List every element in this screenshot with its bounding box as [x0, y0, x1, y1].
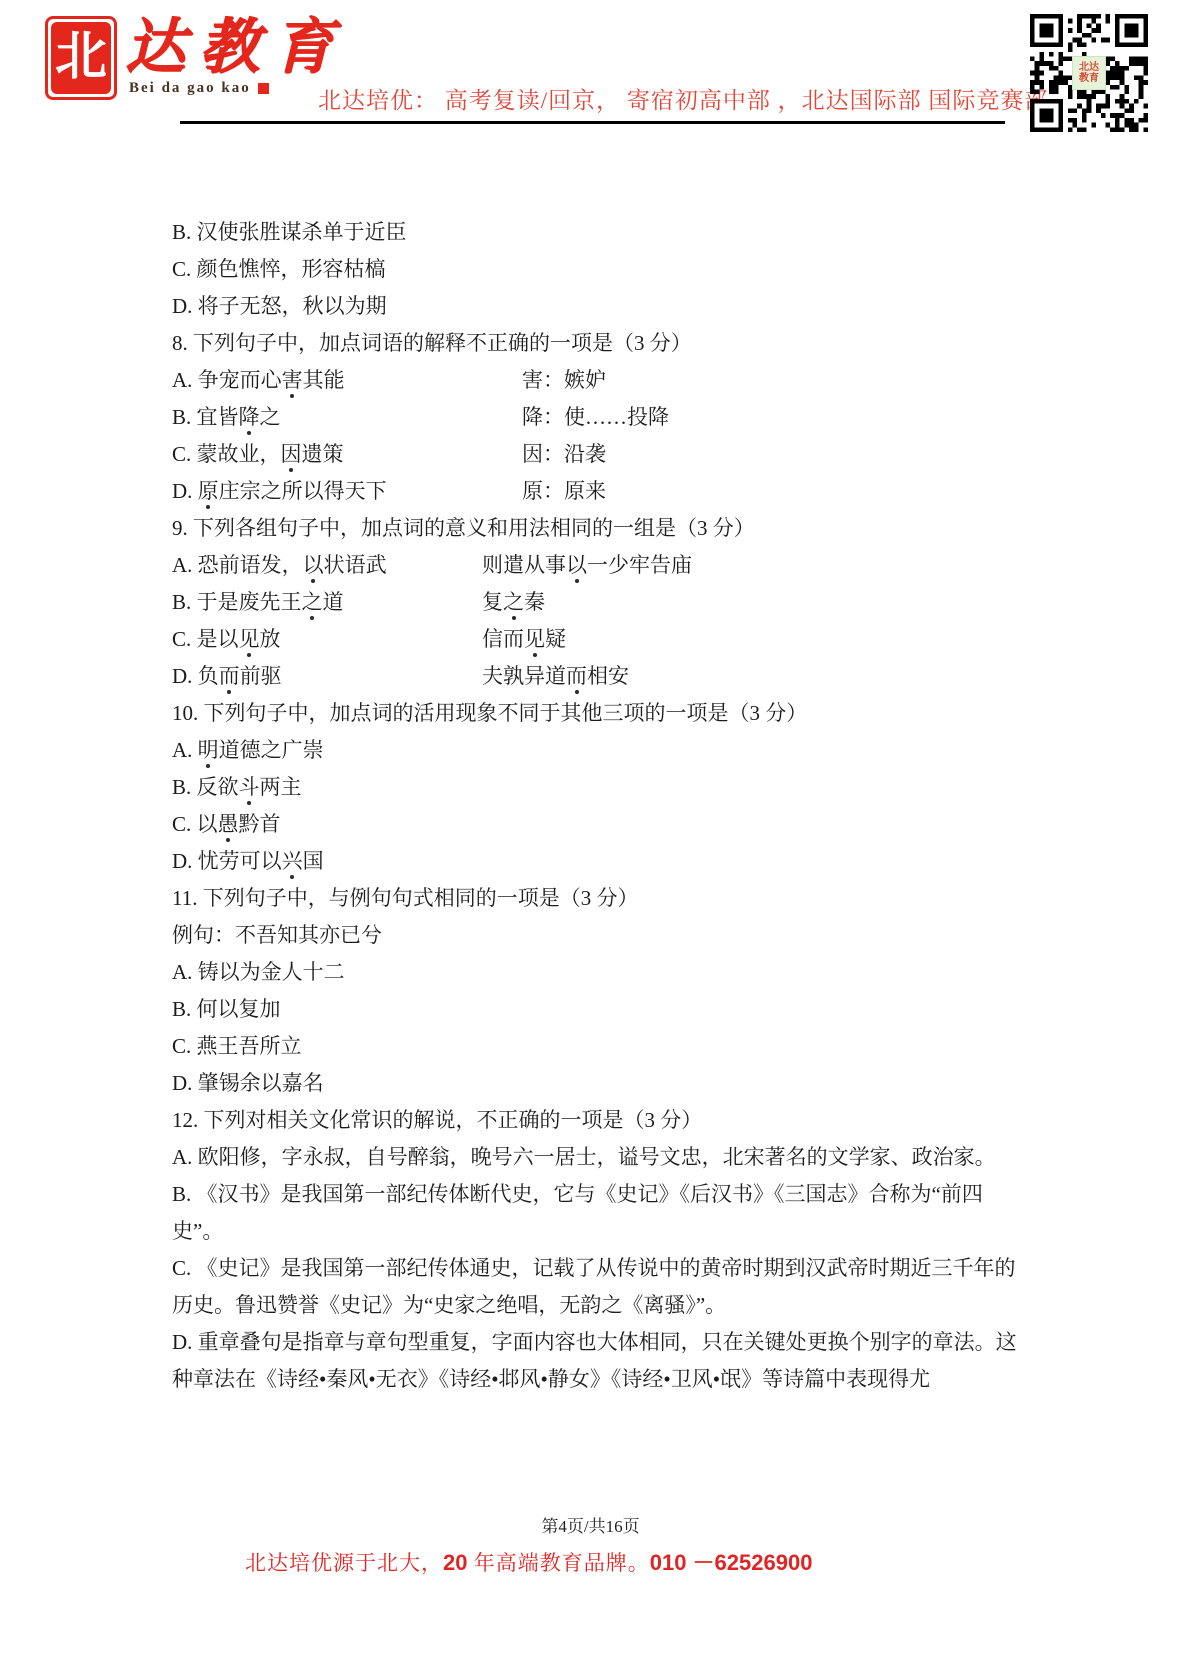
- emphasized-char: 而: [219, 660, 240, 690]
- column-1: C. 是以见放: [172, 623, 482, 653]
- line-text: B. 汉使张胜谋杀单于近臣: [172, 216, 407, 246]
- emphasized-char: 而: [566, 660, 587, 690]
- column-1: D. 负而前驱: [172, 660, 482, 690]
- text-line: C. 颜色憔悴，形容枯槁: [172, 249, 1017, 286]
- text-line: 9. 下列各组句子中，加点词的意义和用法相同的一组是（3 分）: [172, 508, 1017, 545]
- text-segment: C. 颜色憔悴，形容枯槁: [172, 257, 386, 281]
- beida-logo: 北 达教育 Bei da gao kao: [45, 16, 347, 100]
- line-text: A. 铸以为金人十二: [172, 956, 345, 986]
- emphasized-char: 害: [282, 364, 303, 394]
- seal-character: 北: [55, 32, 107, 84]
- text-line: D. 重章叠句是指章与章句型重复，字面内容也大体相同，只在关键处更换个别字的章法…: [172, 1322, 1017, 1359]
- text-segment: C. 《史记》是我国第一部纪传体通史，记载了从传说中的黄帝时期到汉武帝时期近三千…: [172, 1256, 1016, 1280]
- text-segment: 因：沿袭: [522, 442, 606, 466]
- qr-code: 北达 教育: [1030, 14, 1148, 132]
- line-text: 例句：不吾知其亦已兮: [172, 919, 382, 949]
- text-line: B. 何以复加: [172, 989, 1017, 1026]
- text-segment: 道: [323, 590, 344, 614]
- text-segment: B. 汉使张胜谋杀单于近臣: [172, 220, 407, 244]
- text-segment: 11. 下列句子中，与例句句式相同的一项是（3 分）: [172, 886, 638, 910]
- emphasized-char: 愚: [218, 808, 239, 838]
- column-2: 因：沿袭: [522, 438, 606, 468]
- column-2: 夫孰异道而相安: [482, 660, 629, 690]
- footer-slogan: 北达培优源于北大，20 年高端教育品牌。010 －62526900: [245, 1546, 812, 1577]
- text-segment: C. 蒙故业，: [172, 442, 281, 466]
- slogan-part-2: 年高端教育品牌。: [467, 1551, 649, 1575]
- line-text: C. 《史记》是我国第一部纪传体通史，记载了从传说中的黄帝时期到汉武帝时期近三千…: [172, 1252, 1016, 1282]
- line-text: D. 将子无怒，秋以为期: [172, 290, 387, 320]
- brand-pinyin: Bei da gao kao: [129, 80, 347, 97]
- text-segment: 疑: [545, 627, 566, 651]
- text-segment: A. 恐前语发，: [172, 553, 303, 577]
- text-segment: A. 欧阳修，字永叔，自号醉翁，晚号六一居士，谥号文忠，北宋著名的文学家、政治家…: [172, 1145, 996, 1169]
- text-line: 8. 下列句子中，加点词语的解释不正确的一项是（3 分）: [172, 323, 1017, 360]
- text-line: C. 蒙故业，因遗策因：沿袭: [172, 434, 1017, 471]
- text-segment: A. 铸以为金人十二: [172, 960, 345, 984]
- logo-text-block: 达教育 Bei da gao kao: [125, 16, 347, 97]
- text-line: 10. 下列句子中，加点词的活用现象不同于其他三项的一项是（3 分）: [172, 693, 1017, 730]
- text-segment: A. 争宠而心: [172, 368, 282, 392]
- exam-page: 北 达教育 Bei da gao kao 北达培优： 高考复读/回京， 寄宿初高…: [0, 0, 1181, 1672]
- emphasized-char: 以: [566, 549, 587, 579]
- text-line: 历史。鲁迅赞誉《史记》为“史家之绝唱，无韵之《离骚》”。: [172, 1285, 1017, 1322]
- text-line: B. 汉使张胜谋杀单于近臣: [172, 212, 1017, 249]
- emphasized-char: 明: [198, 734, 219, 764]
- text-segment: 状语武: [324, 553, 387, 577]
- text-segment: 放: [260, 627, 281, 651]
- text-line: B. 《汉书》是我国第一部纪传体断代史，它与《史记》《后汉书》《三国志》合称为“…: [172, 1174, 1017, 1211]
- text-segment: 史”。: [172, 1219, 223, 1243]
- text-segment: 原：原来: [522, 479, 606, 503]
- text-segment: C. 燕王吾所立: [172, 1034, 302, 1058]
- text-line: C. 燕王吾所立: [172, 1026, 1017, 1063]
- text-segment: B. 于是废先王: [172, 590, 302, 614]
- text-line: 12. 下列对相关文化常识的解说，不正确的一项是（3 分）: [172, 1100, 1017, 1137]
- brand-calligraphy: 达教育: [125, 16, 347, 78]
- text-line: 种章法在《诗经•秦风•无衣》《诗经•邶风•静女》《诗经•卫风•氓》等诗篇中表现得…: [172, 1359, 1017, 1396]
- line-text: 12. 下列对相关文化常识的解说，不正确的一项是（3 分）: [172, 1104, 702, 1134]
- text-segment: D. 将子无怒，秋以为期: [172, 294, 387, 318]
- text-line: A. 欧阳修，字永叔，自号醉翁，晚号六一居士，谥号文忠，北宋著名的文学家、政治家…: [172, 1137, 1017, 1174]
- text-segment: C. 以: [172, 812, 218, 836]
- text-segment: 种章法在《诗经•秦风•无衣》《诗经•邶风•静女》《诗经•卫风•氓》等诗篇中表现得…: [172, 1367, 930, 1391]
- line-text: C. 颜色憔悴，形容枯槁: [172, 253, 386, 283]
- text-line: B. 宜皆降之降：使……投降: [172, 397, 1017, 434]
- text-segment: 则遣从事: [482, 553, 566, 577]
- text-line: C. 《史记》是我国第一部纪传体通史，记载了从传说中的黄帝时期到汉武帝时期近三千…: [172, 1248, 1017, 1285]
- slogan-years: 20: [443, 1550, 467, 1575]
- column-2: 降：使……投降: [522, 401, 669, 431]
- text-segment: 降：使……投降: [522, 405, 669, 429]
- emphasized-char: 斗: [239, 771, 260, 801]
- exam-body: B. 汉使张胜谋杀单于近臣C. 颜色憔悴，形容枯槁D. 将子无怒，秋以为期8. …: [172, 212, 1017, 1396]
- column-1: C. 蒙故业，因遗策: [172, 438, 522, 468]
- text-segment: 例句：不吾知其亦已兮: [172, 923, 382, 947]
- column-1: A. 争宠而心害其能: [172, 364, 522, 394]
- text-segment: B. 宜皆: [172, 405, 239, 429]
- text-segment: 遗策: [302, 442, 344, 466]
- line-text: A. 明道德之广崇: [172, 734, 324, 764]
- text-line: C. 是以见放信而见疑: [172, 619, 1017, 656]
- text-segment: A.: [172, 738, 198, 762]
- slogan-part-1: 北达培优源于北大，: [245, 1551, 443, 1575]
- text-line: D. 将子无怒，秋以为期: [172, 286, 1017, 323]
- text-line: C. 以愚黔首: [172, 804, 1017, 841]
- text-line: D. 忧劳可以兴国: [172, 841, 1017, 878]
- emphasized-char: 因: [281, 438, 302, 468]
- emphasized-char: 见: [239, 623, 260, 653]
- emphasized-char: 以: [303, 549, 324, 579]
- line-text: 种章法在《诗经•秦风•无衣》《诗经•邶风•静女》《诗经•卫风•氓》等诗篇中表现得…: [172, 1363, 930, 1393]
- text-line: A. 恐前语发，以状语武则遣从事以一少牢告庙: [172, 545, 1017, 582]
- text-segment: 夫孰异道: [482, 664, 566, 688]
- text-segment: 一少牢告庙: [587, 553, 692, 577]
- emphasized-char: 降: [239, 401, 260, 431]
- text-segment: 10. 下列句子中，加点词的活用现象不同于其他三项的一项是（3 分）: [172, 701, 807, 725]
- text-segment: D. 重章叠句是指章与章句型重复，字面内容也大体相同，只在关键处更换个别字的章法…: [172, 1330, 1017, 1354]
- text-segment: 国: [303, 849, 324, 873]
- text-segment: 前驱: [240, 664, 282, 688]
- line-text: 8. 下列句子中，加点词语的解释不正确的一项是（3 分）: [172, 327, 692, 357]
- text-segment: B. 反欲: [172, 775, 239, 799]
- column-1: A. 恐前语发，以状语武: [172, 549, 482, 579]
- text-line: 11. 下列句子中，与例句句式相同的一项是（3 分）: [172, 878, 1017, 915]
- text-segment: B. 《汉书》是我国第一部纪传体断代史，它与《史记》《后汉书》《三国志》合称为“…: [172, 1182, 983, 1206]
- text-segment: 庄宗之所以得天下: [219, 479, 387, 503]
- text-segment: C. 是以: [172, 627, 239, 651]
- line-text: 10. 下列句子中，加点词的活用现象不同于其他三项的一项是（3 分）: [172, 697, 807, 727]
- text-segment: 相安: [587, 664, 629, 688]
- qr-center-label: 北达 教育: [1072, 56, 1106, 90]
- line-text: 历史。鲁迅赞誉《史记》为“史家之绝唱，无韵之《离骚》”。: [172, 1289, 726, 1319]
- column-2: 复之秦: [482, 586, 545, 616]
- line-text: B. 《汉书》是我国第一部纪传体断代史，它与《史记》《后汉书》《三国志》合称为“…: [172, 1178, 983, 1208]
- text-segment: 复: [482, 590, 503, 614]
- emphasized-char: 之: [302, 586, 323, 616]
- text-segment: B. 何以复加: [172, 997, 281, 1021]
- text-line: 例句：不吾知其亦已兮: [172, 915, 1017, 952]
- emphasized-char: 之: [503, 586, 524, 616]
- emphasized-char: 兴: [282, 845, 303, 875]
- text-line: A. 铸以为金人十二: [172, 952, 1017, 989]
- text-line: D. 原庄宗之所以得天下原：原来: [172, 471, 1017, 508]
- text-segment: D. 肇锡余以嘉名: [172, 1071, 324, 1095]
- line-text: D. 肇锡余以嘉名: [172, 1067, 324, 1097]
- text-segment: 之: [260, 405, 281, 429]
- text-line: B. 反欲斗两主: [172, 767, 1017, 804]
- line-text: 11. 下列句子中，与例句句式相同的一项是（3 分）: [172, 882, 638, 912]
- line-text: C. 燕王吾所立: [172, 1030, 302, 1060]
- emphasized-char: 原: [198, 475, 219, 505]
- text-segment: 黔首: [239, 812, 281, 836]
- text-line: 史”。: [172, 1211, 1017, 1248]
- red-square-icon: [258, 83, 269, 94]
- text-line: A. 争宠而心害其能害：嫉妒: [172, 360, 1017, 397]
- line-text: 史”。: [172, 1215, 223, 1245]
- header-rule: [180, 121, 1005, 124]
- slogan-phone: 010 －62526900: [650, 1550, 813, 1575]
- line-text: 9. 下列各组句子中，加点词的意义和用法相同的一组是（3 分）: [172, 512, 755, 542]
- line-text: B. 反欲斗两主: [172, 771, 302, 801]
- line-text: D. 重章叠句是指章与章句型重复，字面内容也大体相同，只在关键处更换个别字的章法…: [172, 1326, 1017, 1356]
- column-1: B. 宜皆降之: [172, 401, 522, 431]
- line-text: B. 何以复加: [172, 993, 281, 1023]
- text-line: B. 于是废先王之道复之秦: [172, 582, 1017, 619]
- seal-inner: 北: [51, 22, 111, 94]
- qr-center-line2: 教育: [1079, 73, 1099, 84]
- text-segment: 9. 下列各组句子中，加点词的意义和用法相同的一组是（3 分）: [172, 516, 755, 540]
- line-text: C. 以愚黔首: [172, 808, 281, 838]
- column-2: 则遣从事以一少牢告庙: [482, 549, 692, 579]
- brand-pinyin-text: Bei da gao kao: [129, 80, 251, 97]
- text-segment: 8. 下列句子中，加点词语的解释不正确的一项是（3 分）: [172, 331, 692, 355]
- text-segment: 12. 下列对相关文化常识的解说，不正确的一项是（3 分）: [172, 1108, 702, 1132]
- beida-seal-icon: 北: [45, 16, 117, 100]
- text-segment: 两主: [260, 775, 302, 799]
- line-text: A. 欧阳修，字永叔，自号醉翁，晚号六一居士，谥号文忠，北宋著名的文学家、政治家…: [172, 1141, 996, 1171]
- text-segment: 害：嫉妒: [522, 368, 606, 392]
- text-segment: 秦: [524, 590, 545, 614]
- text-segment: 其能: [303, 368, 345, 392]
- column-1: B. 于是废先王之道: [172, 586, 482, 616]
- column-2: 原：原来: [522, 475, 606, 505]
- column-2: 信而见疑: [482, 623, 566, 653]
- text-segment: D.: [172, 479, 198, 503]
- page-number: 第4页/共16页: [0, 1512, 1181, 1537]
- text-segment: 信而: [482, 627, 524, 651]
- line-text: D. 忧劳可以兴国: [172, 845, 324, 875]
- header-tagline: 北达培优： 高考复读/回京， 寄宿初高中部 ，北达国际部 国际竞赛部: [318, 82, 938, 115]
- text-line: D. 负而前驱夫孰异道而相安: [172, 656, 1017, 693]
- qr-center-line1: 北达: [1079, 62, 1099, 73]
- text-segment: 历史。鲁迅赞誉《史记》为“史家之绝唱，无韵之《离骚》”。: [172, 1293, 726, 1317]
- text-line: A. 明道德之广崇: [172, 730, 1017, 767]
- column-1: D. 原庄宗之所以得天下: [172, 475, 522, 505]
- text-segment: D. 负: [172, 664, 219, 688]
- text-line: D. 肇锡余以嘉名: [172, 1063, 1017, 1100]
- text-segment: 道德之广崇: [219, 738, 324, 762]
- emphasized-char: 见: [524, 623, 545, 653]
- column-2: 害：嫉妒: [522, 364, 606, 394]
- text-segment: D. 忧劳可以: [172, 849, 282, 873]
